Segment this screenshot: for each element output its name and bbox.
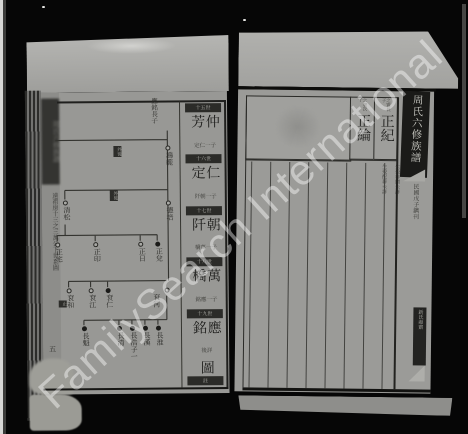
volume-title-box: 周氏六修族譜 xyxy=(400,91,430,178)
publisher-mark-box: 新氏壽齋 xyxy=(413,307,427,365)
entry-rank: 之寰長子 xyxy=(381,98,390,114)
page-corner-fold xyxy=(403,169,425,181)
edition-note: 民國戊子鐫刊 xyxy=(405,183,418,265)
ruled-column-line xyxy=(286,162,290,388)
right-page-top-edge xyxy=(238,29,459,89)
volume-title: 周氏六修族譜 xyxy=(408,91,422,177)
entry-column: 之寰長子正紀 xyxy=(373,97,398,160)
entry-name: 正紀 xyxy=(378,114,392,142)
ruled-column-line xyxy=(248,161,252,387)
publisher-mark: 新氏壽齋 xyxy=(417,307,423,365)
entry-columns: 之寰長子正紀之寰次子正綸 xyxy=(349,97,398,161)
empty-ruled-columns xyxy=(242,161,397,389)
entry-column: 之寰次子正綸 xyxy=(349,97,374,160)
right-page-bottom-edge xyxy=(238,395,452,416)
ruled-column-line xyxy=(381,163,385,389)
entry-rank: 之寰次子 xyxy=(358,98,367,114)
header-empty-box xyxy=(245,95,352,161)
ruled-column-line xyxy=(324,162,328,388)
page-corner-fold xyxy=(409,365,425,381)
entry-name: 正綸 xyxy=(355,114,369,142)
right-page: 之寰長子正紀之寰次子正綸 生殁葬闕未詳生殁配葬未詳 周氏六修族譜 民國戊子鐫刊 … xyxy=(0,0,468,434)
scanned-genealogy-photo: 周氏六修族譜 遠祖房十三之三萬公下世系圖 五 應銘長子 鴻範德培清松正宅正印正日… xyxy=(0,0,468,434)
ruled-column-line xyxy=(343,163,347,389)
ruled-column-line xyxy=(305,162,309,388)
ruled-column-line xyxy=(267,162,271,388)
ruled-column-line xyxy=(362,163,366,389)
